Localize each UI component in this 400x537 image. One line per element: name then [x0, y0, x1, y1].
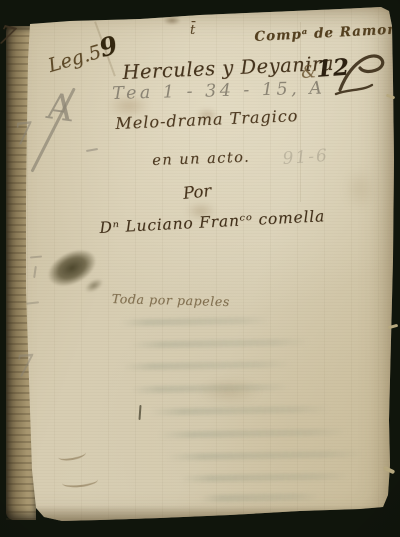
photograph-of-manuscript-cover: t̄ Compᵃ de Ramon Leg.59 Hercules y Deya… [0, 0, 400, 537]
edge-pencil-mark-low: 7 [14, 349, 35, 385]
faint-pencil-number: 91-6 [282, 146, 329, 169]
t-abbreviation-mark: t̄ [190, 23, 195, 38]
rubric-flourish-icon [336, 48, 394, 98]
distribution-note: Toda por papeles [112, 291, 230, 309]
crease-line-2 [300, 22, 301, 202]
acts-line: en un acto. [152, 150, 250, 169]
edge-pencil-mark-mid: 7 [12, 116, 35, 153]
manuscript-cover-page: t̄ Compᵃ de Ramon Leg.59 Hercules y Deya… [0, 0, 400, 537]
bottom-deckle-shading [0, 505, 400, 523]
byline: Por [182, 181, 212, 203]
